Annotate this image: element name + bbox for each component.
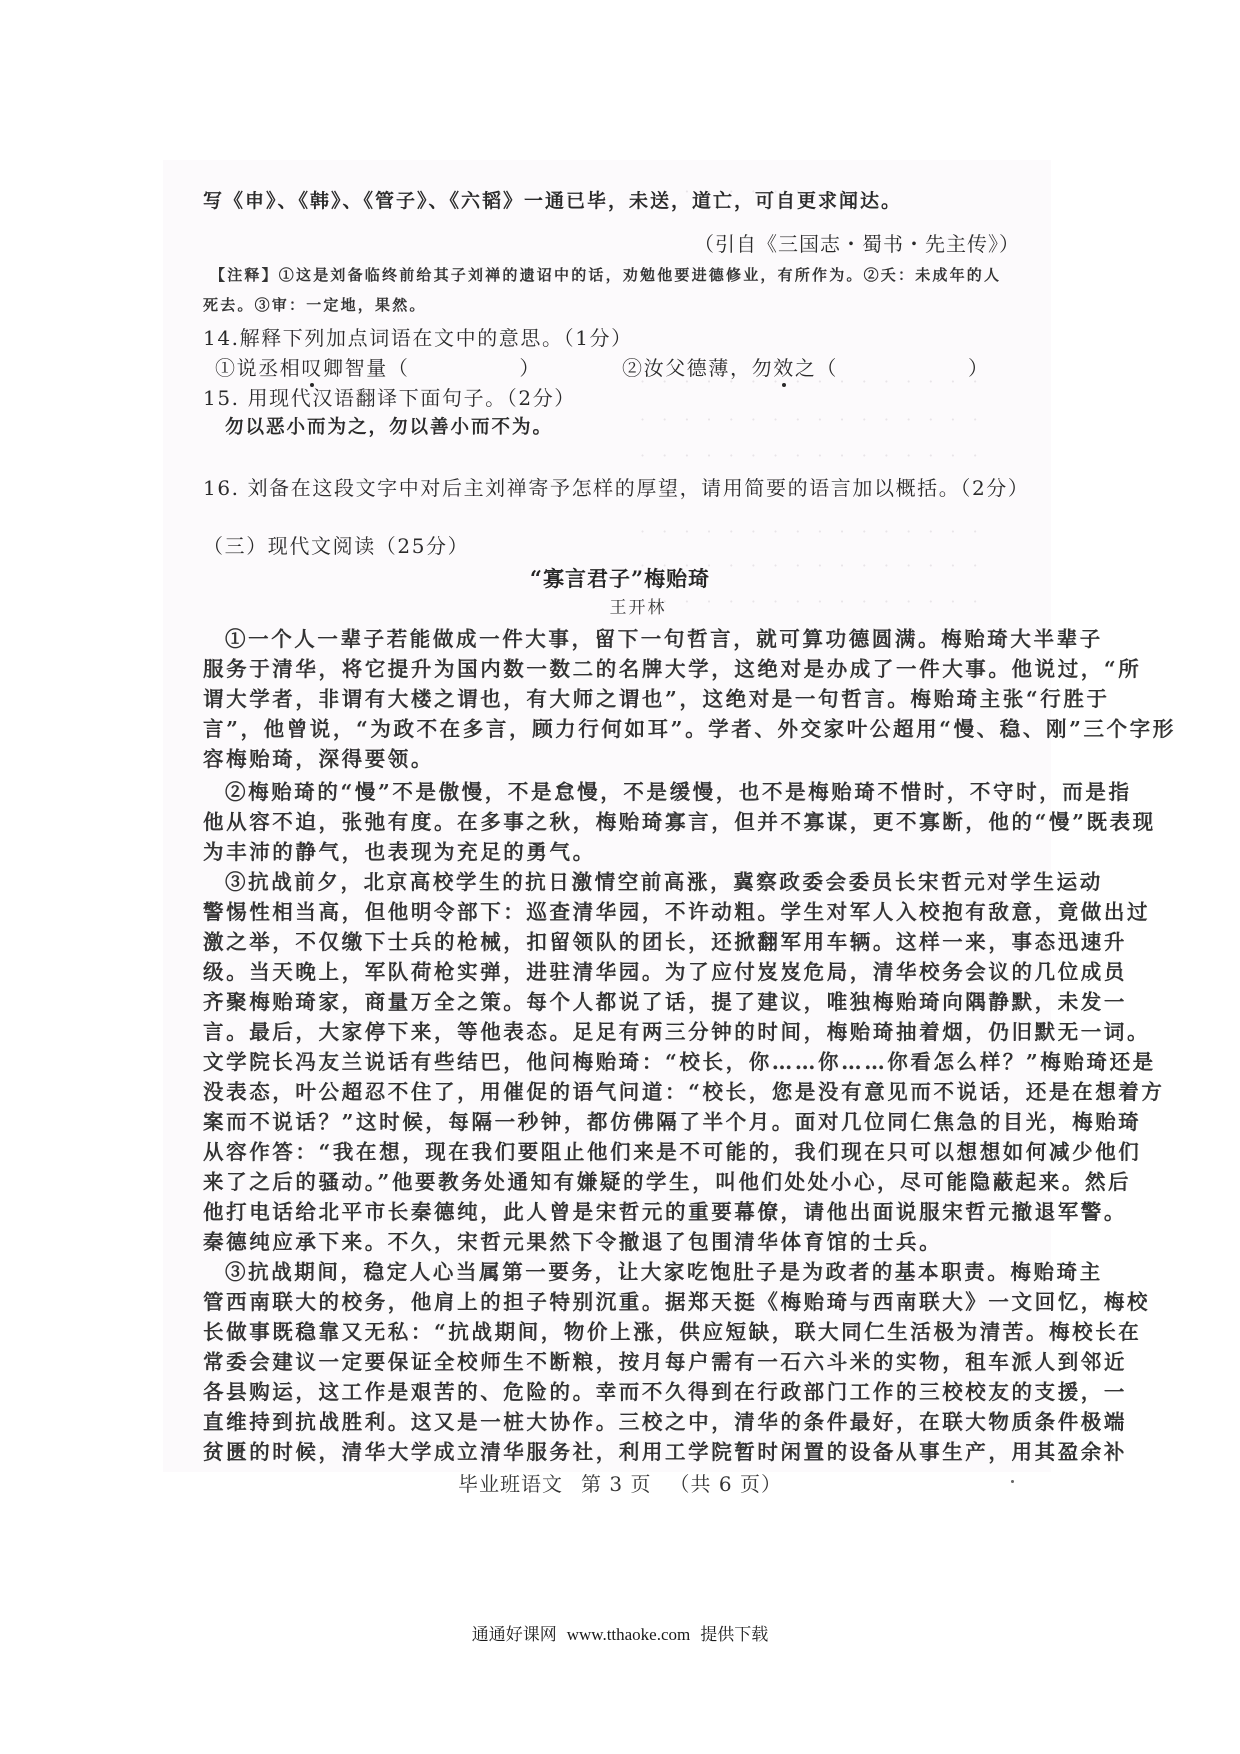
section-heading: （三）现代文阅读（25分）: [203, 530, 469, 559]
paragraph-4-line: ③抗战期间，稳定人心当属第一要务，让大家吃饱肚子是为政者的基本职责。梅贻琦主: [225, 1255, 1103, 1285]
question-14-item-1: ①说丞相叹卿智量（）: [215, 352, 541, 381]
paragraph-3-line: 文学院长冯友兰说话有些结巴，他问梅贻琦：“校长，你……你……你看怎么样？”梅贻琦…: [203, 1045, 1156, 1075]
paragraph-4-line: 管西南联大的校务，他肩上的担子特别沉重。据郑天挺《梅贻琦与西南联大》一文回忆，梅…: [203, 1285, 1150, 1315]
question-prompt: 刘备在这段文字中对后主刘禅寄予怎样的厚望，请用简要的语言加以概括。（2分）: [240, 476, 1030, 500]
paragraph-3-line: 案而不说话？”这时候，每隔一秒钟，都仿佛隔了半个月。面对几位同仁焦急的目光，梅贻…: [203, 1105, 1141, 1135]
question-15-sentence: 勿以恶小而为之，勿以善小而不为。: [225, 413, 553, 439]
paragraph-1-line: ①一个人一辈子若能做成一件大事，留下一句哲言，就可算功德圆满。梅贻琦大半辈子: [225, 622, 1103, 652]
paragraph-3-line: 级。当天晚上，军队荷枪实弹，进驻清华园。为了应付岌岌危局，清华校务会议的几位成员: [203, 955, 1127, 985]
paragraph-4-line: 长做事既稳靠又无私：“抗战期间，物价上涨，供应短缺，联大同仁生活极为清苦。梅校长…: [203, 1315, 1141, 1345]
question-prompt: 解释下列加点词语在文中的意思。（1分）: [240, 326, 633, 350]
question-16: 16. 刘备在这段文字中对后主刘禅寄予怎样的厚望，请用简要的语言加以概括。（2分…: [203, 472, 1030, 501]
question-number: 14.: [203, 326, 240, 350]
question-prompt: 用现代汉语翻译下面句子。（2分）: [240, 386, 576, 410]
paragraph-4-line: 各县购运，这工作是艰苦的、危险的。幸而不久得到在行政部门工作的三校校友的支援，一: [203, 1375, 1127, 1405]
question-15: 15. 用现代汉语翻译下面句子。（2分）: [203, 382, 576, 411]
text-source-citation: （引自《三国志・蜀书・先主传》）: [694, 228, 1020, 257]
bleed-through-text: · · · · · · · · · · · · · · · ·: [640, 446, 984, 465]
question-14-item-2: ②汝父德薄，勿效之（）: [622, 352, 990, 381]
item-text: 之（: [795, 356, 838, 380]
paragraph-4-line: 直维持到抗战胜利。这又是一桩大协作。三校之中，清华的条件最好，在联大物质条件极端: [203, 1405, 1127, 1435]
item-text: 卿智量（: [323, 356, 409, 380]
item-text: ②汝父德薄，勿: [622, 356, 773, 380]
paragraph-1-line: 谓大学者，非谓有大楼之谓也，有大师之谓也”，这绝对是一句哲言。梅贻琦主张“行胜于: [203, 682, 1110, 712]
question-14: 14.解释下列加点词语在文中的意思。（1分）: [203, 322, 633, 351]
paragraph-3-line: 没表态，叶公超忍不住了，用催促的语气问道：“校长，您是没有意见而不说话，还是在想…: [203, 1075, 1165, 1105]
paragraph-3-line: ③抗战前夕，北京高校学生的抗日激情空前高涨，冀察政委会委员长宋哲元对学生运动: [225, 865, 1103, 895]
emphasized-char: 效: [773, 356, 795, 380]
paragraph-1-line: 服务于清华，将它提升为国内数一数二的名牌大学，这绝对是办成了一件大事。他说过，“…: [203, 652, 1141, 682]
watermark-site-name: 通通好课网: [472, 1625, 557, 1645]
classical-text-closing-line: 写《申》、《韩》、《管子》、《六韬》一通已毕，未送，道亡，可自更求闻达。: [203, 186, 902, 213]
bleed-through-text: · · · · · · · · · · · · · · · ·: [640, 522, 984, 541]
watermark-suffix: 提供下载: [700, 1625, 768, 1645]
paragraph-3-line: 他打电话给北平市长秦德纯，此人曾是宋哲元的重要幕僚，请他出面说服宋哲元撤退军警。: [203, 1195, 1127, 1225]
page-footer: 毕业班语文第 3 页（共 6 页）: [0, 1468, 1240, 1497]
paragraph-3-line: 言。最后，大家停下来，等他表态。足足有两三分钟的时间，梅贻琦抽着烟，仍旧默无一词…: [203, 1015, 1150, 1045]
paragraph-1-line: 容梅贻琦，深得要领。: [203, 742, 434, 772]
paragraph-4-line: 贫匮的时候，清华大学成立清华服务社，利用工学院暂时闲置的设备从事生产，用其盈余补: [203, 1435, 1127, 1465]
paragraph-3-line: 齐聚梅贻琦家，商量万全之策。每个人都说了话，提了建议，唯独梅贻琦向隅静默，未发一: [203, 985, 1127, 1015]
bleed-through-text: · · · · · · · · · · · · · · · ·: [640, 410, 984, 429]
paragraph-3-line: 来了之后的骚动。”他要教务处通知有嫌疑的学生，叫他们处处小心，尽可能隐蔽起来。然…: [203, 1165, 1131, 1195]
article-title: “寡言君子”梅贻琦: [0, 563, 1240, 593]
paragraph-4-line: 常委会建议一定要保证全校师生不断粮，按月每户需有一石六斗米的实物，租车派人到邻近: [203, 1345, 1127, 1375]
emphasized-char: 叹: [301, 356, 323, 380]
paragraph-3-line: 从容作答：“我在想，现在我们要阻止他们来是不可能的，我们现在只可以想想如何减少他…: [203, 1135, 1141, 1165]
footer-page-total: （共 6 页）: [670, 1472, 782, 1496]
paragraph-3-line: 警惕性相当高，但他明令部下：巡查清华园，不许动粗。学生对军人入校抱有敌意，竟做出…: [203, 895, 1150, 925]
annotation-line-1: 【注释】①这是刘备临终前给其子刘禅的遗诏中的话，劝勉他要进德修业，有所作为。②夭…: [210, 264, 1001, 285]
footer-page-number: 第 3 页: [581, 1472, 651, 1496]
paragraph-3-line: 激之举，不仅缴下士兵的枪械，扣留领队的团长，还掀翻军用车辆。这样一来，事态迅速升: [203, 925, 1127, 955]
watermark-url[interactable]: www.tthaoke.com: [567, 1625, 691, 1644]
paragraph-2-line: 为丰沛的静气，也表现为充足的勇气。: [203, 835, 596, 865]
paragraph-2-line: ②梅贻琦的“慢”不是傲慢，不是怠慢，不是缓慢，也不是梅贻琦不惜时，不守时，而是指: [225, 775, 1132, 805]
item-text: ）: [519, 356, 541, 380]
question-number: 16.: [203, 476, 240, 500]
item-text: ）: [968, 356, 990, 380]
paragraph-3-line: 秦德纯应承下来。不久，宋哲元果然下令撤退了包围清华体育馆的士兵。: [203, 1225, 942, 1255]
footer-subject: 毕业班语文: [458, 1472, 563, 1496]
download-watermark: 通通好课网www.tthaoke.com提供下载: [0, 1620, 1240, 1645]
article-author: 王开林: [0, 593, 1240, 618]
annotation-line-2: 死去。③审：一定地，果然。: [203, 294, 427, 315]
question-number: 15.: [203, 386, 240, 410]
scan-speck: [1011, 1480, 1014, 1483]
item-text: ①说丞相: [215, 356, 301, 380]
paragraph-2-line: 他从容不迫，张弛有度。在多事之秋，梅贻琦寡言，但并不寡谋，更不寡断，他的“慢”既…: [203, 805, 1156, 835]
paragraph-1-line: 言”，他曾说，“为政不在多言，顾力行何如耳”。学者、外交家叶公超用“慢、稳、刚”…: [203, 712, 1176, 742]
